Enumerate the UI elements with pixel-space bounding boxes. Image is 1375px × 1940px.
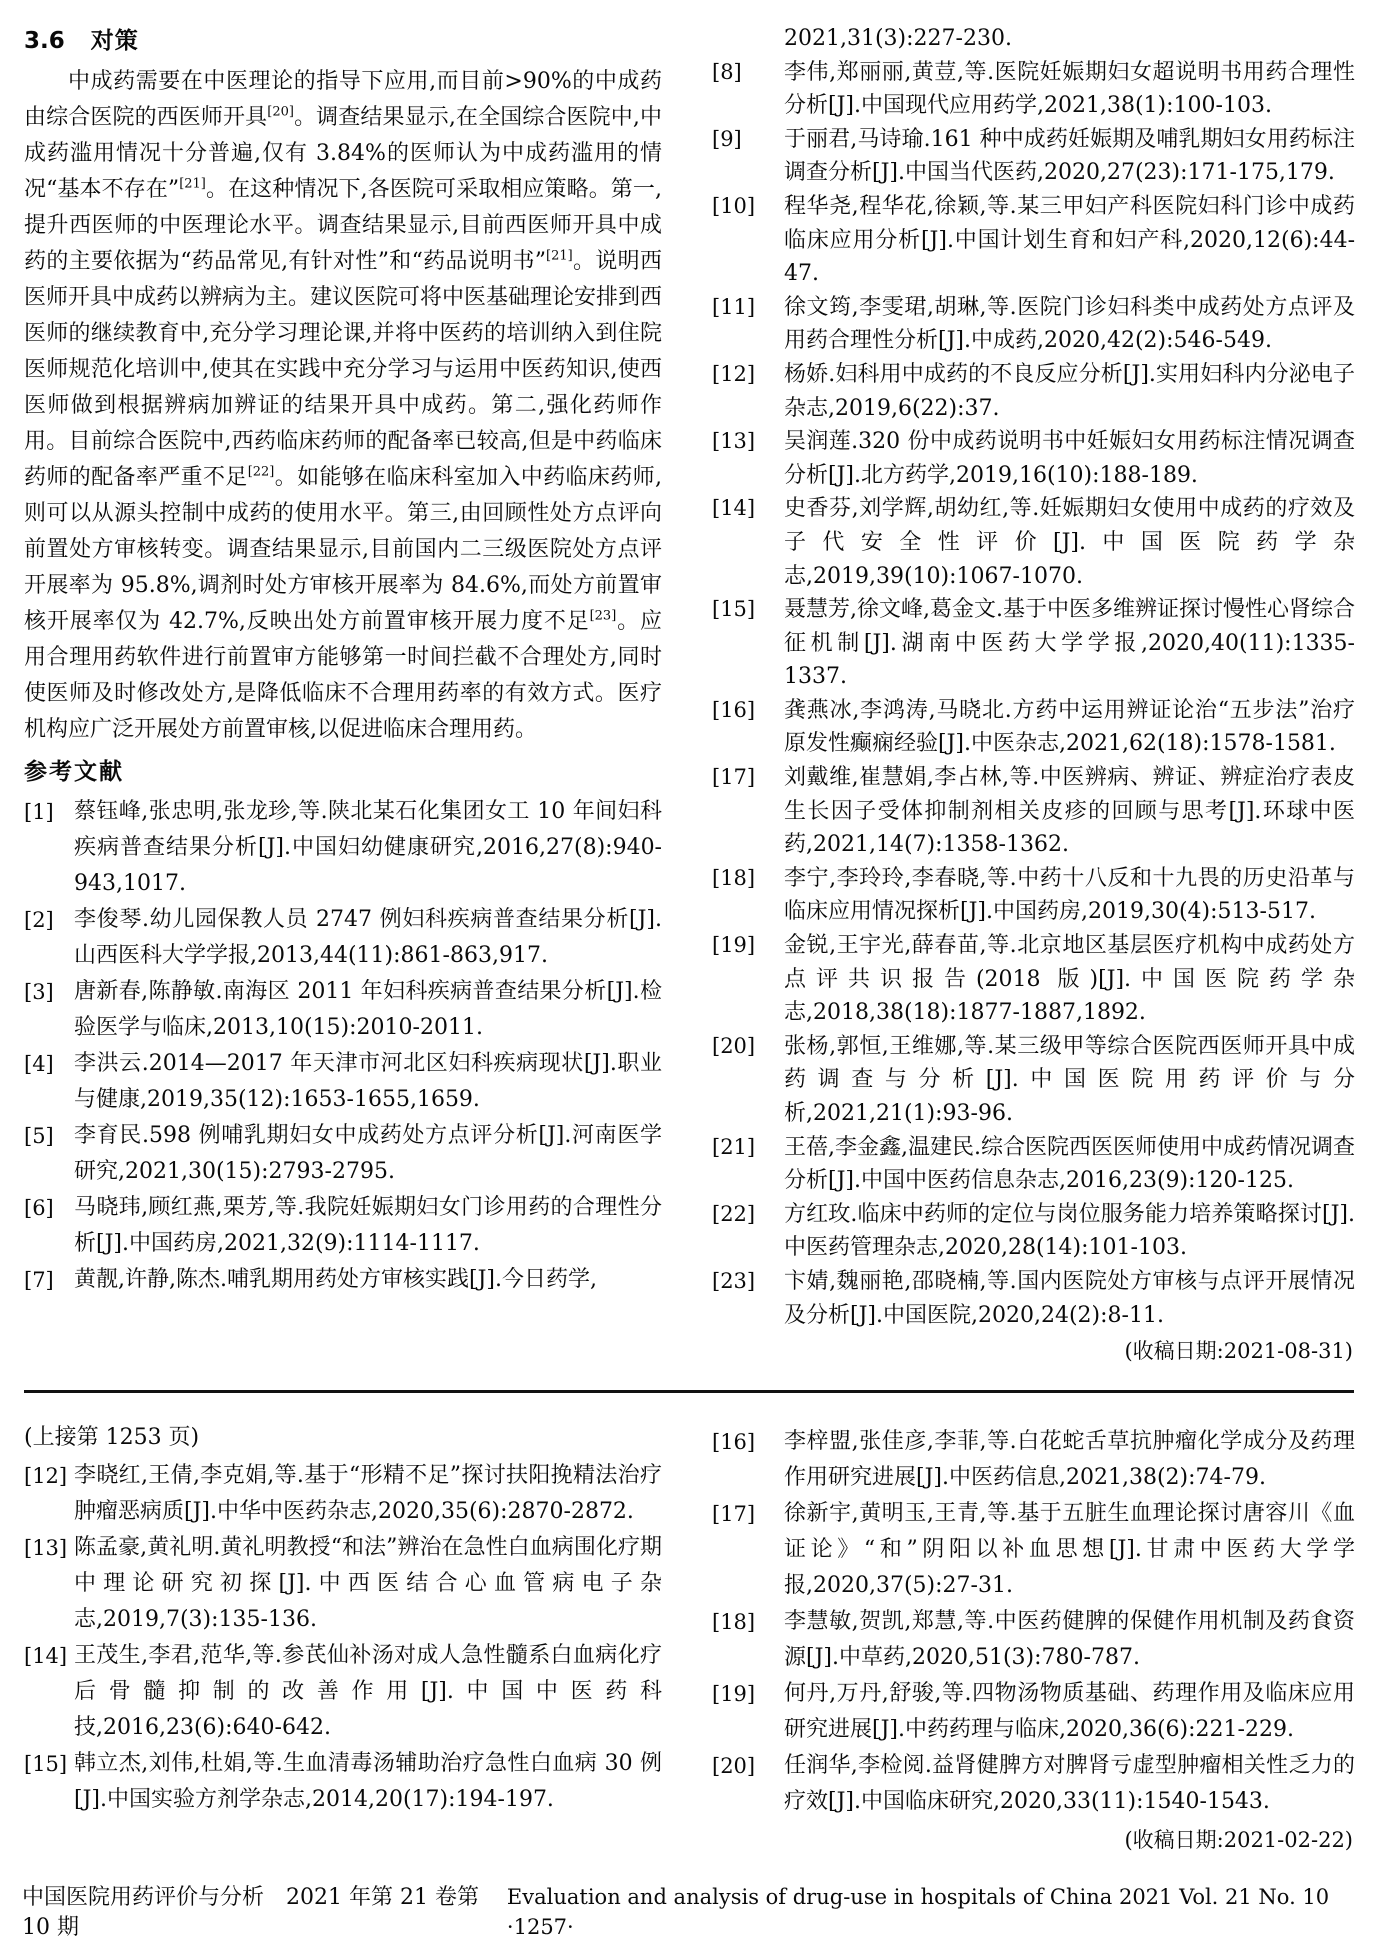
reference-text: 聂慧芳,徐文峰,葛金文.基于中医多维辨证探讨慢性心肾综合征机制[J].湖南中医药… <box>784 593 1355 694</box>
reference-number: [19] <box>712 1676 784 1712</box>
reference-item: [3]唐新春,陈静敏.南海区 2011 年妇科疾病普查结果分析[J].检验医学与… <box>24 974 662 1046</box>
reference-item: [7]黄靓,许静,陈杰.哺乳期用药处方审核实践[J].今日药学, <box>24 1262 662 1298</box>
reference-number: [19] <box>712 929 784 963</box>
reference-item: [18]李慧敏,贺凯,郑慧,等.中医药健脾的保健作用机制及药食资源[J].中草药… <box>712 1604 1355 1676</box>
reference-number: [22] <box>712 1198 784 1232</box>
reference-item: [17]刘戴维,崔慧娟,李占林,等.中医辨病、辨证、辨症治疗表皮生长因子受体抑制… <box>712 761 1355 862</box>
received-date-main: (收稿日期:2021-08-31) <box>712 1334 1355 1368</box>
reference-text: 李慧敏,贺凯,郑慧,等.中医药健脾的保健作用机制及药食资源[J].中草药,202… <box>784 1604 1355 1676</box>
reference-text: 李晓红,王倩,李克娟,等.基于“形精不足”探讨扶阳挽精法治疗肿瘤恶病质[J].中… <box>74 1458 662 1530</box>
reference-item: [18]李宁,李玲玲,李春晓,等.中药十八反和十九畏的历史沿革与临床应用情况探析… <box>712 862 1355 929</box>
reference-number: [12] <box>712 358 784 392</box>
section-paragraph: 中成药需要在中医理论的指导下应用,而目前>90%的中成药由综合医院的西医师开具[… <box>24 64 662 748</box>
reference-item: [22]方红玫.临床中药师的定位与岗位服务能力培养策略探讨[J].中医药管理杂志… <box>712 1198 1355 1265</box>
reference-number: [5] <box>24 1118 74 1154</box>
reference-item: [14]史香芬,刘学辉,胡幼红,等.妊娠期妇女使用中成药的疗效及子代安全性评价[… <box>712 492 1355 593</box>
reference-text: 唐新春,陈静敏.南海区 2011 年妇科疾病普查结果分析[J].检验医学与临床,… <box>74 974 662 1046</box>
reference-text: 史香芬,刘学辉,胡幼红,等.妊娠期妇女使用中成药的疗效及子代安全性评价[J].中… <box>784 492 1355 593</box>
section-divider-rule <box>24 1390 1354 1393</box>
reference-text: 吴润莲.320 份中成药说明书中妊娠妇女用药标注情况调查分析[J].北方药学,2… <box>784 425 1355 492</box>
citation-superscript: [22] <box>248 465 275 480</box>
continued-reference-list-left: [12]李晓红,王倩,李克娟,等.基于“形精不足”探讨扶阳挽精法治疗肿瘤恶病质[… <box>24 1458 662 1818</box>
continued-reference-list-right: [16]李梓盟,张佳彦,李菲,等.白花蛇舌草抗肿瘤化学成分及药理作用研究进展[J… <box>712 1424 1355 1820</box>
reference-text: 李育民.598 例哺乳期妇女中成药处方点评分析[J].河南医学研究,2021,3… <box>74 1118 662 1190</box>
reference-text: 程华尧,程华花,徐颖,等.某三甲妇产科医院妇科门诊中成药临床应用分析[J].中国… <box>784 190 1355 291</box>
reference-number: [16] <box>712 694 784 728</box>
reference-number: [6] <box>24 1190 74 1226</box>
reference-text: 卞婧,魏丽艳,邵晓楠,等.国内医院处方审核与点评开展情况及分析[J].中国医院,… <box>784 1265 1355 1332</box>
reference-item: [4]李洪云.2014—2017 年天津市河北区妇科疾病现状[J].职业与健康,… <box>24 1046 662 1118</box>
reference-item: [10]程华尧,程华花,徐颖,等.某三甲妇产科医院妇科门诊中成药临床应用分析[J… <box>712 190 1355 291</box>
references-heading: 参考文献 <box>24 752 662 792</box>
reference-item: [9]于丽君,马诗瑜.161 种中成药妊娠期及哺乳期妇女用药标注调查分析[J].… <box>712 123 1355 190</box>
reference-item: [19]何丹,万丹,舒骏,等.四物汤物质基础、药理作用及临床应用研究进展[J].… <box>712 1676 1355 1748</box>
citation-superscript: [21] <box>546 249 573 264</box>
received-date-continued: (收稿日期:2021-02-22) <box>712 1822 1355 1858</box>
reference-number: [14] <box>712 492 784 526</box>
footer-journal-title-en: Evaluation and analysis of drug-use in h… <box>507 1882 1354 1940</box>
reference-list-left: [1]蔡钰峰,张忠明,张龙珍,等.陕北某石化集团女工 10 年间妇科疾病普查结果… <box>24 794 662 1298</box>
reference-number: [2] <box>24 902 74 938</box>
continued-from-header: (上接第 1253 页) <box>24 1420 662 1456</box>
reference-number: [11] <box>712 291 784 325</box>
citation-superscript: [20] <box>267 105 294 120</box>
reference-number: [14] <box>24 1638 74 1674</box>
reference-item: [13]吴润莲.320 份中成药说明书中妊娠妇女用药标注情况调查分析[J].北方… <box>712 425 1355 492</box>
reference-number: [20] <box>712 1030 784 1064</box>
reference-text: 于丽君,马诗瑜.161 种中成药妊娠期及哺乳期妇女用药标注调查分析[J].中国当… <box>784 123 1355 190</box>
journal-page: 3.6对策 中成药需要在中医理论的指导下应用,而目前>90%的中成药由综合医院的… <box>0 0 1375 1940</box>
paragraph-text: 。如能够在临床科室加入中药临床药师,则可以从源头控制中成药的使用水平。第三,由回… <box>24 465 662 634</box>
reference-item: [16]龚燕冰,李鸿涛,马晓北.方药中运用辨证论治“五步法”治疗原发性癫痫经验[… <box>712 694 1355 761</box>
reference-text: 王茂生,李君,范华,等.参芪仙补汤对成人急性髓系白血病化疗后骨髓抑制的改善作用[… <box>74 1638 662 1746</box>
reference-item: [15]聂慧芳,徐文峰,葛金文.基于中医多维辨证探讨慢性心肾综合征机制[J].湖… <box>712 593 1355 694</box>
reference-text: 张杨,郭恒,王维娜,等.某三级甲等综合医院西医师开具中成药调查与分析[J].中国… <box>784 1030 1355 1131</box>
reference-number: [18] <box>712 1604 784 1640</box>
reference-number: [23] <box>712 1265 784 1299</box>
reference-number: [8] <box>712 56 784 90</box>
reference-item: [23]卞婧,魏丽艳,邵晓楠,等.国内医院处方审核与点评开展情况及分析[J].中… <box>712 1265 1355 1332</box>
reference-item: [1]蔡钰峰,张忠明,张龙珍,等.陕北某石化集团女工 10 年间妇科疾病普查结果… <box>24 794 662 902</box>
reference-text: 杨娇.妇科用中成药的不良反应分析[J].实用妇科内分泌电子杂志,2019,6(2… <box>784 358 1355 425</box>
reference-item: [20]任润华,李检阅.益肾健脾方对脾肾亏虚型肿瘤相关性乏力的疗效[J].中国临… <box>712 1748 1355 1820</box>
reference-item: [21]王蓓,李金鑫,温建民.综合医院西医医师使用中成药情况调查分析[J].中国… <box>712 1131 1355 1198</box>
left-column-top: 3.6对策 中成药需要在中医理论的指导下应用,而目前>90%的中成药由综合医院的… <box>24 24 662 1298</box>
reference-number: [9] <box>712 123 784 157</box>
reference-item: [17]徐新宇,黄明玉,王青,等.基于五脏生血理论探讨唐容川《血证论》“和”阴阳… <box>712 1496 1355 1604</box>
reference-text: 李洪云.2014—2017 年天津市河北区妇科疾病现状[J].职业与健康,201… <box>74 1046 662 1118</box>
reference-number: [1] <box>24 794 74 830</box>
reference-text: 方红玫.临床中药师的定位与岗位服务能力培养策略探讨[J].中医药管理杂志,202… <box>784 1198 1355 1265</box>
reference-7-continuation: 2021,31(3):227-230. <box>784 22 1355 56</box>
reference-item: [5]李育民.598 例哺乳期妇女中成药处方点评分析[J].河南医学研究,202… <box>24 1118 662 1190</box>
reference-number: [15] <box>24 1746 74 1782</box>
left-column-bottom: (上接第 1253 页) [12]李晓红,王倩,李克娟,等.基于“形精不足”探讨… <box>24 1420 662 1818</box>
section-number: 3.6 <box>24 28 65 54</box>
reference-text: 李伟,郑丽丽,黄荳,等.医院妊娠期妇女超说明书用药合理性分析[J].中国现代应用… <box>784 56 1355 123</box>
reference-number: [13] <box>24 1530 74 1566</box>
footer-journal-title-cn: 中国医院用药评价与分析 2021 年第 21 卷第 10 期 <box>22 1883 507 1940</box>
reference-item: [11]徐文筠,李雯珺,胡琳,等.医院门诊妇科类中成药处方点评及用药合理性分析[… <box>712 291 1355 358</box>
reference-number: [17] <box>712 761 784 795</box>
section-heading: 3.6对策 <box>24 24 662 58</box>
right-column-top: 2021,31(3):227-230. [8]李伟,郑丽丽,黄荳,等.医院妊娠期… <box>712 22 1355 1368</box>
reference-text: 黄靓,许静,陈杰.哺乳期用药处方审核实践[J].今日药学, <box>74 1262 662 1298</box>
reference-text: 徐新宇,黄明玉,王青,等.基于五脏生血理论探讨唐容川《血证论》“和”阴阳以补血思… <box>784 1496 1355 1604</box>
reference-number: [4] <box>24 1046 74 1082</box>
page-footer: 中国医院用药评价与分析 2021 年第 21 卷第 10 期 Evaluatio… <box>22 1882 1354 1940</box>
reference-text: 任润华,李检阅.益肾健脾方对脾肾亏虚型肿瘤相关性乏力的疗效[J].中国临床研究,… <box>784 1748 1355 1820</box>
reference-number: [10] <box>712 190 784 224</box>
right-column-bottom: [16]李梓盟,张佳彦,李菲,等.白花蛇舌草抗肿瘤化学成分及药理作用研究进展[J… <box>712 1424 1355 1858</box>
reference-item: [12]杨娇.妇科用中成药的不良反应分析[J].实用妇科内分泌电子杂志,2019… <box>712 358 1355 425</box>
reference-number: [18] <box>712 862 784 896</box>
reference-item: [12]李晓红,王倩,李克娟,等.基于“形精不足”探讨扶阳挽精法治疗肿瘤恶病质[… <box>24 1458 662 1530</box>
reference-item: [6]马晓玮,顾红燕,栗芳,等.我院妊娠期妇女门诊用药的合理性分析[J].中国药… <box>24 1190 662 1262</box>
reference-item: [2]李俊琴.幼儿园保教人员 2747 例妇科疾病普查结果分析[J].山西医科大… <box>24 902 662 974</box>
reference-text: 李俊琴.幼儿园保教人员 2747 例妇科疾病普查结果分析[J].山西医科大学学报… <box>74 902 662 974</box>
reference-number: [16] <box>712 1424 784 1460</box>
reference-text: 金锐,王宇光,薛春苗,等.北京地区基层医疗机构中成药处方点评共识报告(2018 … <box>784 929 1355 1030</box>
reference-text: 陈孟豪,黄礼明.黄礼明教授“和法”辨治在急性白血病围化疗期中理论研究初探[J].… <box>74 1530 662 1638</box>
citation-superscript: [23] <box>590 609 617 624</box>
reference-item: [20]张杨,郭恒,王维娜,等.某三级甲等综合医院西医师开具中成药调查与分析[J… <box>712 1030 1355 1131</box>
reference-text: 何丹,万丹,舒骏,等.四物汤物质基础、药理作用及临床应用研究进展[J].中药药理… <box>784 1676 1355 1748</box>
reference-text: 李梓盟,张佳彦,李菲,等.白花蛇舌草抗肿瘤化学成分及药理作用研究进展[J].中医… <box>784 1424 1355 1496</box>
reference-number: [3] <box>24 974 74 1010</box>
reference-text: 马晓玮,顾红燕,栗芳,等.我院妊娠期妇女门诊用药的合理性分析[J].中国药房,2… <box>74 1190 662 1262</box>
reference-item: [14]王茂生,李君,范华,等.参芪仙补汤对成人急性髓系白血病化疗后骨髓抑制的改… <box>24 1638 662 1746</box>
reference-item: [15]韩立杰,刘伟,杜娟,等.生血清毒汤辅助治疗急性白血病 30 例[J].中… <box>24 1746 662 1818</box>
reference-text: 龚燕冰,李鸿涛,马晓北.方药中运用辨证论治“五步法”治疗原发性癫痫经验[J].中… <box>784 694 1355 761</box>
reference-item: [19]金锐,王宇光,薛春苗,等.北京地区基层医疗机构中成药处方点评共识报告(2… <box>712 929 1355 1030</box>
reference-item: [13]陈孟豪,黄礼明.黄礼明教授“和法”辨治在急性白血病围化疗期中理论研究初探… <box>24 1530 662 1638</box>
citation-superscript: [21] <box>179 177 206 192</box>
reference-text: 刘戴维,崔慧娟,李占林,等.中医辨病、辨证、辨症治疗表皮生长因子受体抑制剂相关皮… <box>784 761 1355 862</box>
reference-item: [16]李梓盟,张佳彦,李菲,等.白花蛇舌草抗肿瘤化学成分及药理作用研究进展[J… <box>712 1424 1355 1496</box>
reference-number: [21] <box>712 1131 784 1165</box>
reference-number: [20] <box>712 1748 784 1784</box>
reference-text: 蔡钰峰,张忠明,张龙珍,等.陕北某石化集团女工 10 年间妇科疾病普查结果分析[… <box>74 794 662 902</box>
reference-number: [17] <box>712 1496 784 1532</box>
reference-text: 徐文筠,李雯珺,胡琳,等.医院门诊妇科类中成药处方点评及用药合理性分析[J].中… <box>784 291 1355 358</box>
reference-list-right: [8]李伟,郑丽丽,黄荳,等.医院妊娠期妇女超说明书用药合理性分析[J].中国现… <box>712 56 1355 1333</box>
section-title: 对策 <box>91 28 139 54</box>
reference-text: 王蓓,李金鑫,温建民.综合医院西医医师使用中成药情况调查分析[J].中国中医药信… <box>784 1131 1355 1198</box>
paragraph-text: 。说明西医师开具中成药以辨病为主。建议医院可将中医基础理论安排到西医师的继续教育… <box>24 249 662 490</box>
reference-text: 韩立杰,刘伟,杜娟,等.生血清毒汤辅助治疗急性白血病 30 例[J].中国实验方… <box>74 1746 662 1818</box>
reference-number: [15] <box>712 593 784 627</box>
reference-number: [13] <box>712 425 784 459</box>
reference-number: [7] <box>24 1262 74 1298</box>
reference-text: 李宁,李玲玲,李春晓,等.中药十八反和十九畏的历史沿革与临床应用情况探析[J].… <box>784 862 1355 929</box>
reference-number: [12] <box>24 1458 74 1494</box>
reference-item: [8]李伟,郑丽丽,黄荳,等.医院妊娠期妇女超说明书用药合理性分析[J].中国现… <box>712 56 1355 123</box>
